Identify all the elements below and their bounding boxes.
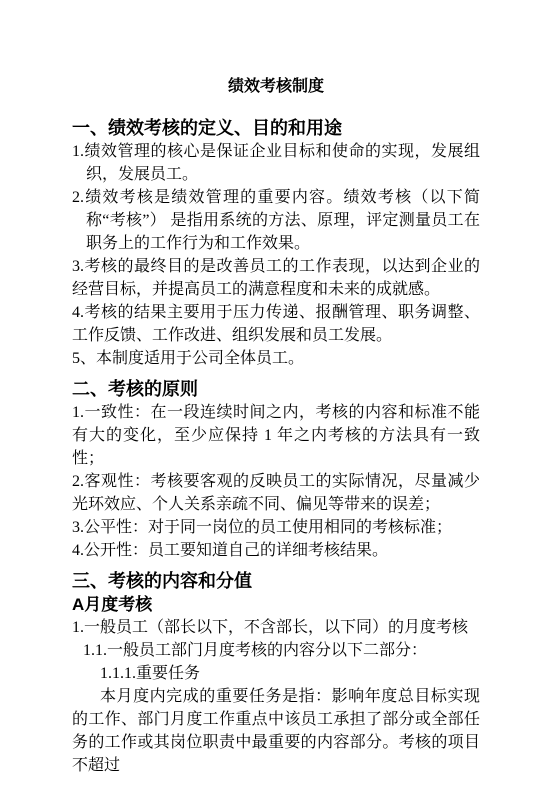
section-3-paragraph-4: 本月度内完成的重要任务是指：影响年度总目标实现的工作、部门月度工作重点中该员工承…	[72, 685, 480, 777]
document-title: 绩效考核制度	[72, 75, 480, 98]
section-3-paragraph-1: 1.一般员工（部长以下，不含部长，以下同）的月度考核	[72, 616, 480, 639]
section-2-paragraph-3: 3.公平性：对于同一岗位的员工使用相同的考核标准；	[72, 516, 480, 539]
section-2-paragraph-2: 2.客观性：考核要客观的反映员工的实际情况，尽量减少光环效应、个人关系亲疏不同、…	[72, 470, 480, 516]
section-1-paragraph-2: 2.绩效考核是绩效管理的重要内容。绩效考核（以下简称“考核”） 是指用系统的方法…	[72, 186, 480, 255]
document-content: 绩效考核制度 一、绩效考核的定义、目的和用途 1.绩效管理的核心是保证企业目标和…	[0, 0, 556, 777]
section-1-heading: 一、绩效考核的定义、目的和用途	[72, 117, 480, 140]
section-3-subheading-monthly: A月度考核	[72, 593, 480, 616]
section-1-paragraph-1: 1.绩效管理的核心是保证企业目标和使命的实现，发展组织，发展员工。	[72, 140, 480, 186]
section-2-paragraph-4: 4.公开性：员工要知道自己的详细考核结果。	[72, 539, 480, 562]
section-1-paragraph-5: 5、本制度适用于公司全体员工。	[72, 347, 480, 370]
section-1-paragraph-4: 4.考核的结果主要用于压力传递、报酬管理、职务调整、工作反馈、工作改进、组织发展…	[72, 301, 480, 347]
section-3-heading: 三、考核的内容和分值	[72, 570, 480, 593]
section-principles: 二、考核的原则 1.一致性：在一段连续时间之内，考核的内容和标准不能有大的变化，…	[72, 378, 480, 562]
section-definition-purpose: 一、绩效考核的定义、目的和用途 1.绩效管理的核心是保证企业目标和使命的实现，发…	[72, 117, 480, 370]
document-page: 绩效考核制度 一、绩效考核的定义、目的和用途 1.绩效管理的核心是保证企业目标和…	[0, 0, 556, 797]
section-1-paragraph-3: 3.考核的最终目的是改善员工的工作表现，以达到企业的经营目标，并提高员工的满意程…	[72, 255, 480, 301]
section-3-paragraph-2: 1.1.一般员工部门月度考核的内容分以下二部分：	[83, 639, 480, 662]
section-3-paragraph-3: 1.1.1.重要任务	[100, 662, 480, 685]
section-2-paragraph-1: 1.一致性：在一段连续时间之内，考核的内容和标准不能有大的变化，至少应保持 1 …	[72, 401, 480, 470]
section-content-scores: 三、考核的内容和分值 A月度考核 1.一般员工（部长以下，不含部长，以下同）的月…	[72, 570, 480, 777]
section-2-heading: 二、考核的原则	[72, 378, 480, 401]
